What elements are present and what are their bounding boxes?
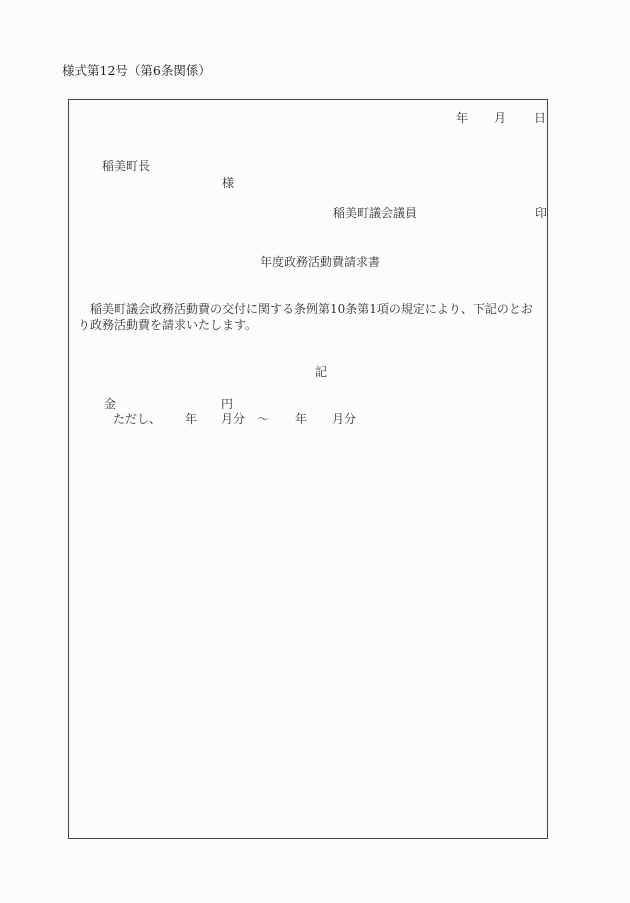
date-line: 年月日	[456, 111, 546, 125]
amount-unit: 円	[221, 397, 233, 411]
body-paragraph: 稲美町議会政務活動費の交付に関する条例第10条第1項の規定により、下記のとおり政…	[78, 301, 544, 333]
seal-mark: 印	[535, 206, 547, 220]
addressee-honorific: 様	[222, 176, 234, 190]
date-year-label: 年	[456, 111, 468, 125]
date-day-label: 日	[534, 111, 546, 125]
amount-line: 金 円	[104, 397, 116, 411]
period-start-month: 月分	[221, 412, 257, 426]
date-month-label: 月	[494, 111, 506, 125]
body-text: 稲美町議会政務活動費の交付に関する条例第10条第1項の規定により、下記のとおり政…	[78, 302, 533, 332]
sender-title: 稲美町議会議員	[333, 206, 417, 220]
period-start-year: 年	[185, 412, 221, 426]
form-frame	[68, 99, 548, 839]
period-line: ただし、年月分～年月分	[113, 412, 356, 426]
notation-ki: 記	[315, 365, 327, 379]
period-separator: ～	[257, 412, 295, 426]
addressee-name: 稲美町長	[102, 159, 150, 173]
amount-prefix: 金	[104, 397, 116, 411]
form-number: 様式第12号（第6条関係）	[62, 64, 211, 78]
period-end-month: 月分	[332, 412, 356, 426]
period-end-year: 年	[295, 412, 332, 426]
document-title: 年度政務活動費請求書	[260, 255, 380, 269]
period-proviso: ただし、	[113, 412, 185, 426]
